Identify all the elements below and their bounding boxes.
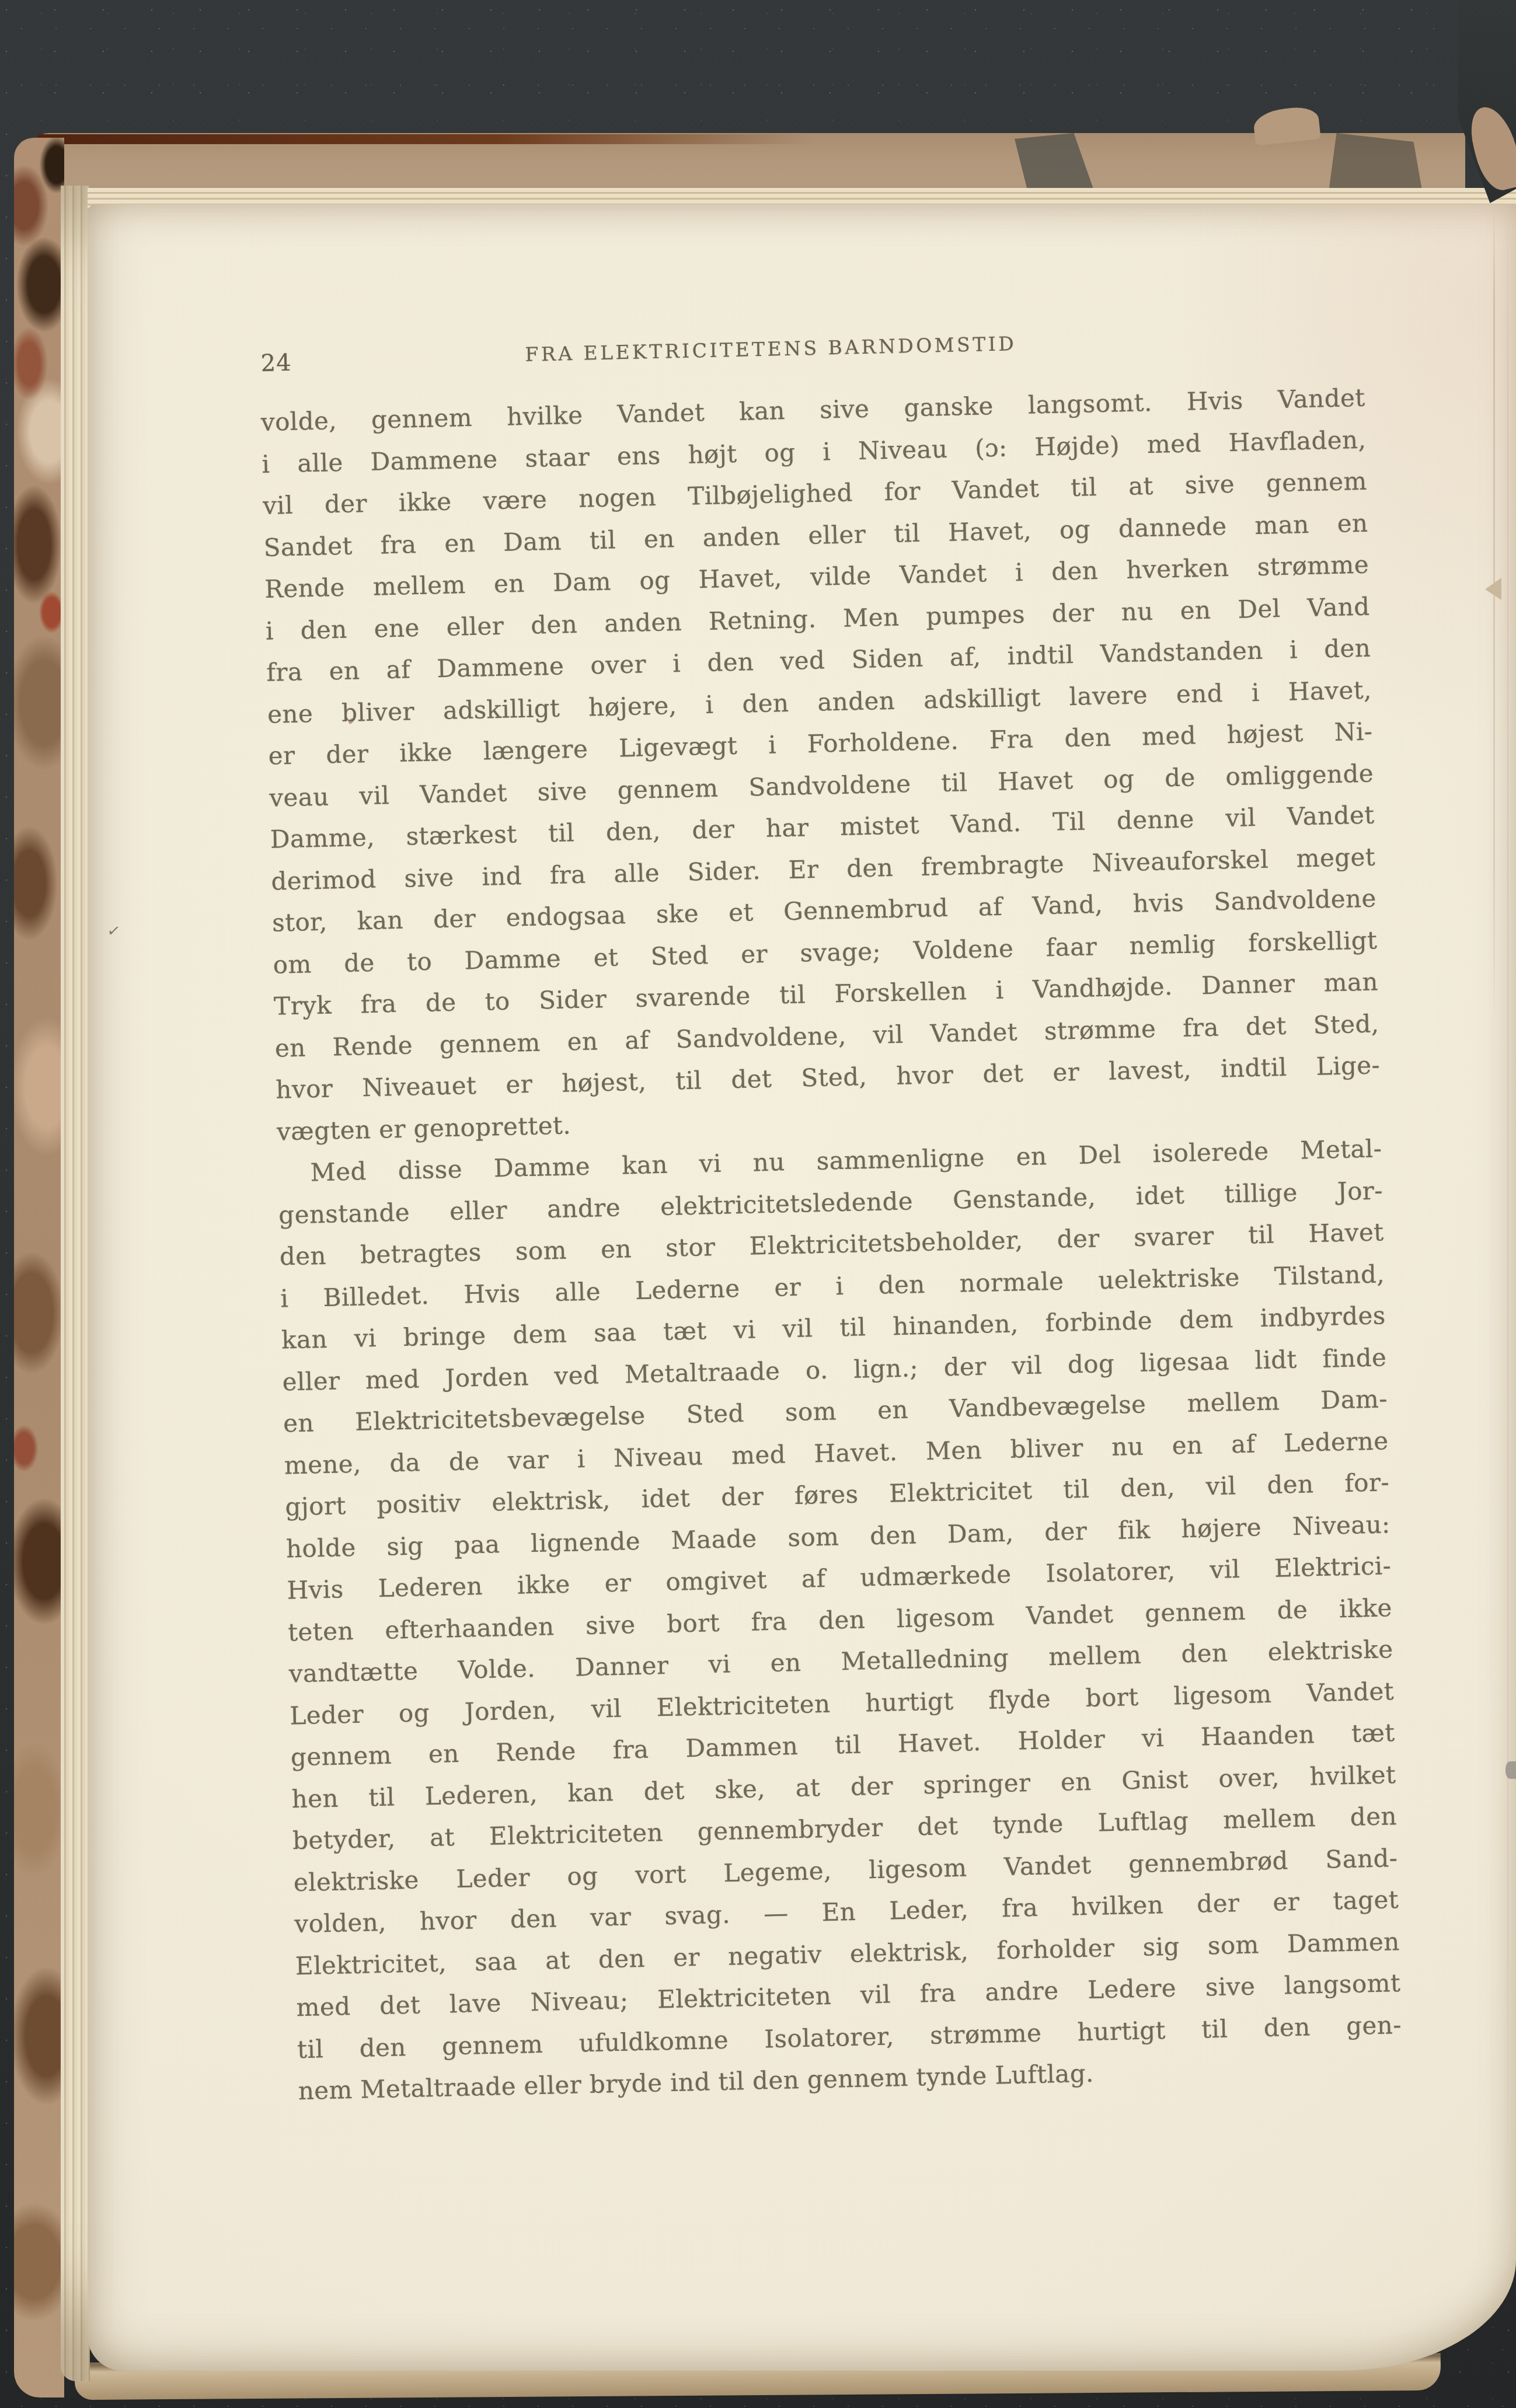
page-text-block: 24 FRA ELEKTRICITETENS BARNDOMSTID volde… <box>259 321 1403 2112</box>
margin-pencil-mark: ✓ <box>106 922 120 938</box>
running-header: FRA ELEKTRICITETENS BARNDOMSTID <box>218 322 1323 372</box>
cover-wear-streak <box>36 134 813 144</box>
book-page: ✓ 24 FRA ELEKTRICITETENS BARNDOMSTID vol… <box>88 204 1516 2371</box>
body-text: volde, gennem hvilke Vandet kan sive gan… <box>260 377 1403 2112</box>
scanned-book-page-photo: ✓ 24 FRA ELEKTRICITETENS BARNDOMSTID vol… <box>0 0 1516 2408</box>
page-edge-crease <box>1493 204 1495 1033</box>
page-edge-crease <box>1507 204 1508 2247</box>
page-edge-notch <box>1505 1761 1516 1779</box>
book-cover-marbled-left-edge <box>14 138 64 2397</box>
page-header: 24 FRA ELEKTRICITETENS BARNDOMSTID <box>259 321 1364 376</box>
page-edges-left <box>61 186 90 2381</box>
